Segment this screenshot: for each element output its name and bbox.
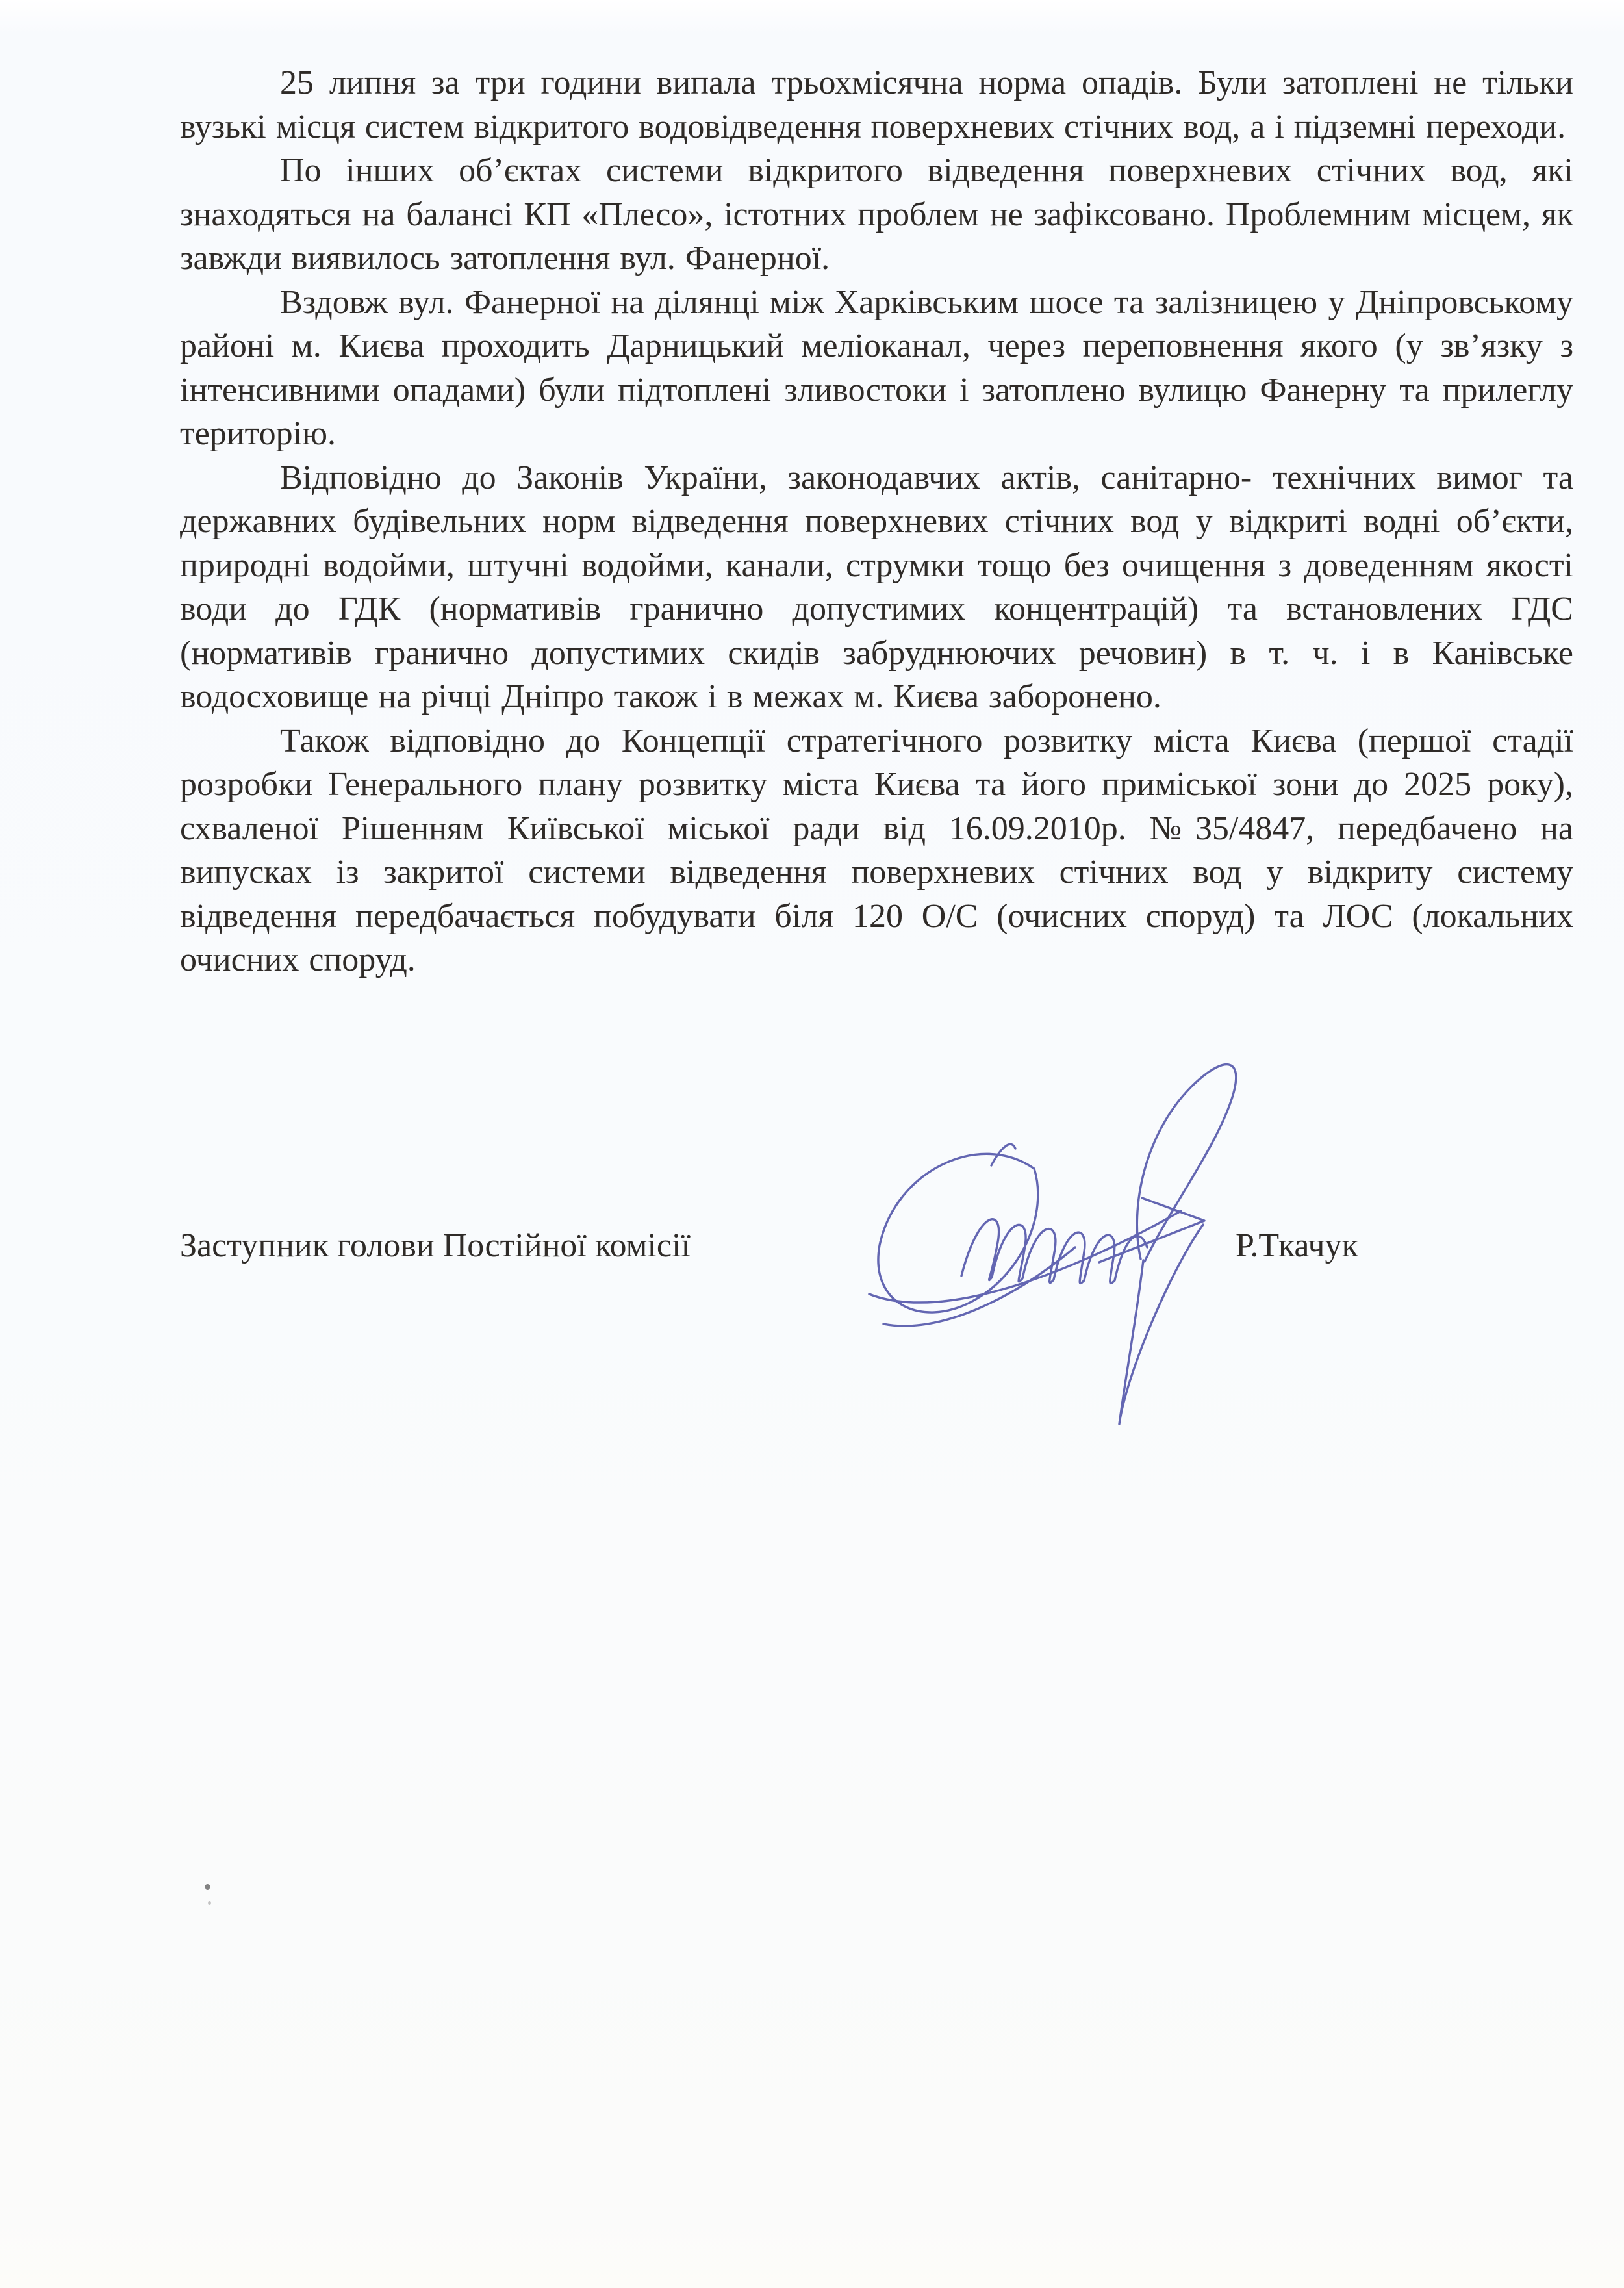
handwritten-signature-icon [864,1054,1267,1443]
paragraph-rainfall: 25 липня за три години випала трьохмісяч… [180,61,1573,149]
paragraph-concept-2025: Також відповідно до Концепції стратегічн… [180,719,1573,982]
paragraph-laws-requirements: Відповідно до Законів України, законодав… [180,456,1573,719]
scan-speck [208,1901,211,1905]
scan-speck [205,1884,210,1890]
scanned-document-page: 25 липня за три години випала трьохмісяч… [0,0,1624,2288]
paragraph-pleso-balance: По інших об’єктах системи відкритого від… [180,149,1573,281]
document-body: 25 липня за три години випала трьохмісяч… [180,61,1573,982]
paragraph-fanerna-street: Вздовж вул. Фанерної на ділянці між Харк… [180,281,1573,456]
signatory-name: Р.Ткачук [1236,1227,1358,1265]
signatory-title: Заступник голови Постійної комісії [180,1227,691,1265]
